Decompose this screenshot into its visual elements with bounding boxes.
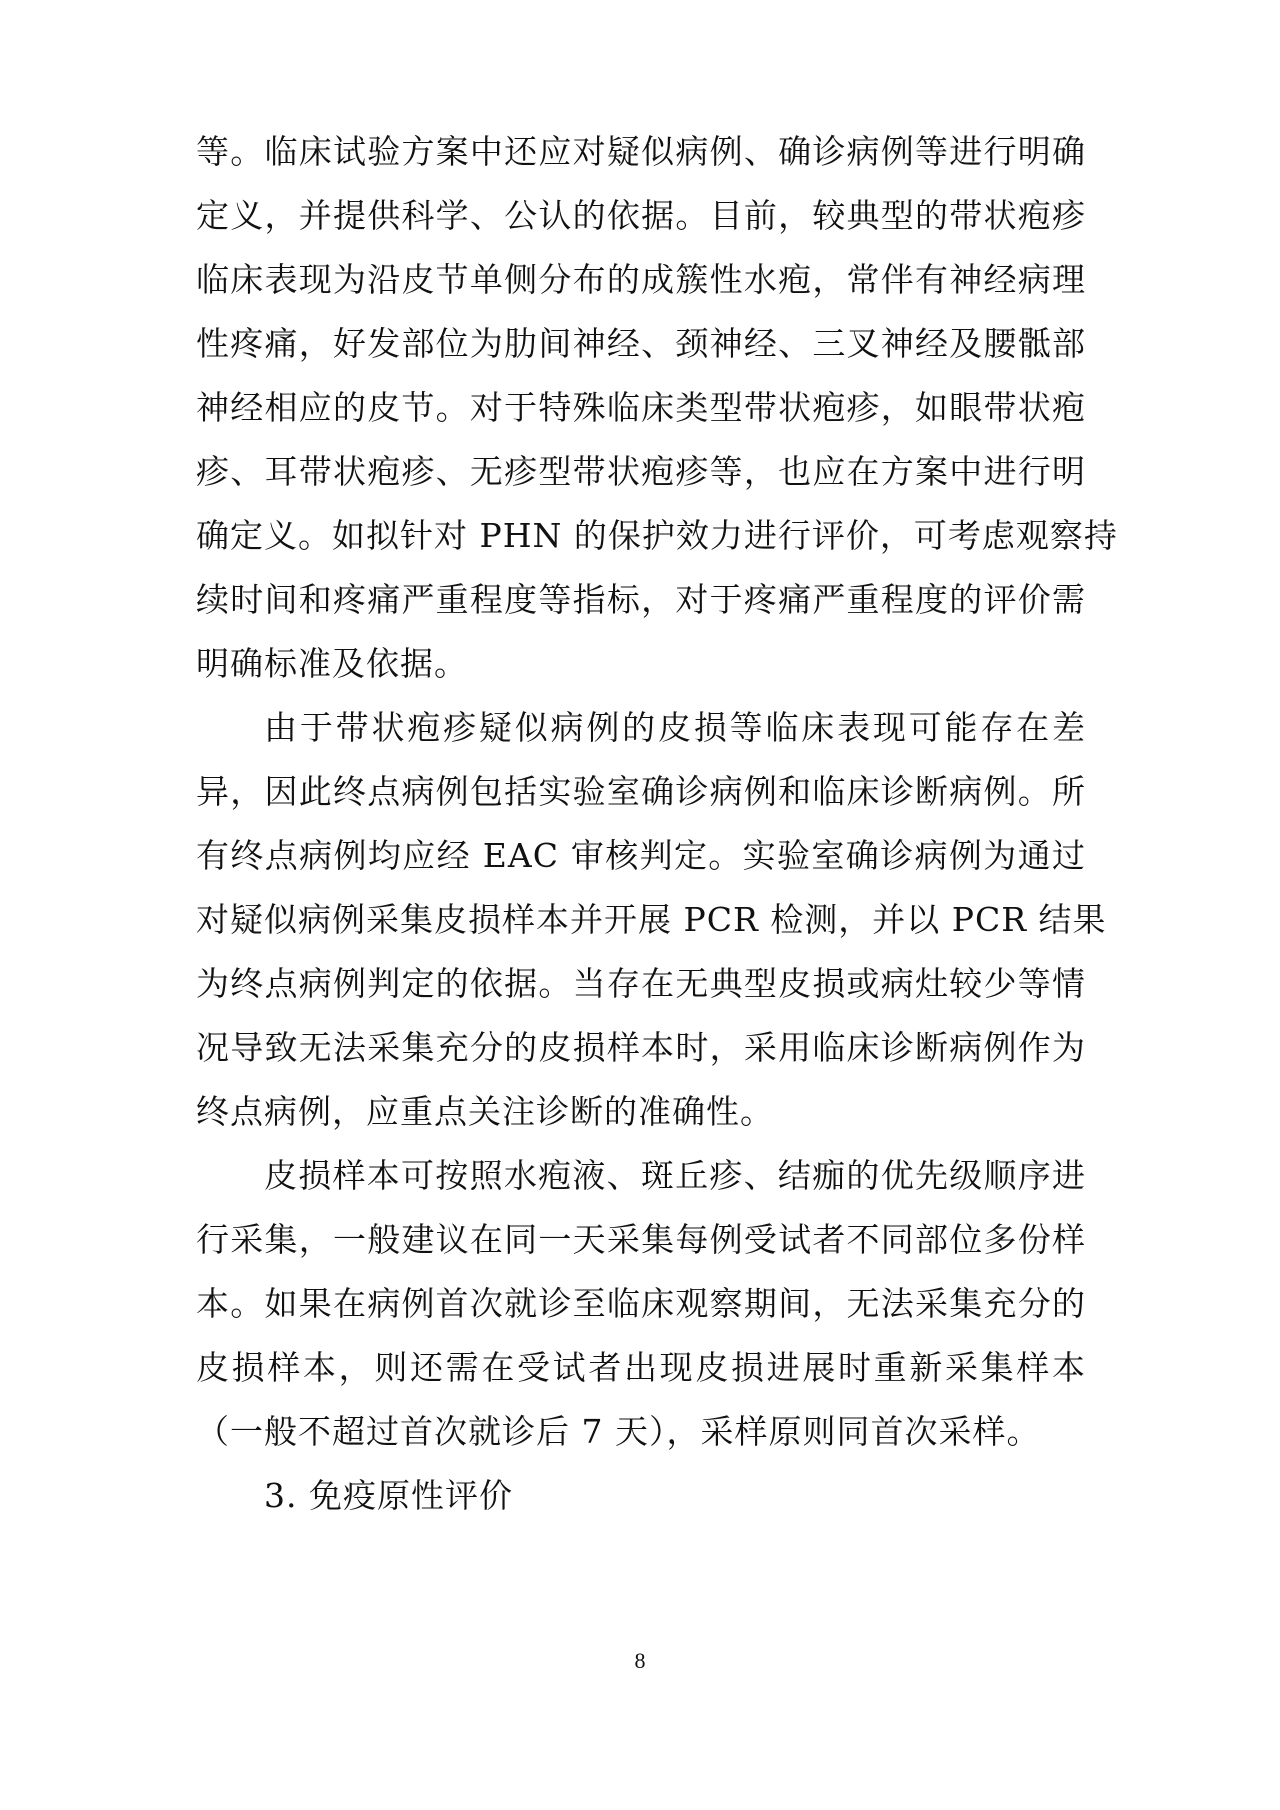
text-line: 明确标准及依据。 (196, 644, 1086, 684)
text-line: （一般不超过首次就诊后 7 天），采样原则同首次采样。 (196, 1412, 1086, 1452)
text-line: 疹、耳带状疱疹、无疹型带状疱疹等，也应在方案中进行明 (196, 452, 1086, 492)
paragraph-first-line: 由于带状疱疹疑似病例的皮损等临床表现可能存在差 (264, 708, 1086, 748)
text-line: 对疑似病例采集皮损样本并开展 PCR 检测，并以 PCR 结果 (196, 900, 1086, 940)
text-line: 性疼痛，好发部位为肋间神经、颈神经、三叉神经及腰骶部 (196, 324, 1086, 364)
page-number: 8 (0, 1648, 1280, 1674)
text-line: 续时间和疼痛严重程度等指标，对于疼痛严重程度的评价需 (196, 580, 1086, 620)
text-line: 皮损样本，则还需在受试者出现皮损进展时重新采集样本 (196, 1348, 1086, 1388)
text-line: 况导致无法采集充分的皮损样本时，采用临床诊断病例作为 (196, 1028, 1086, 1068)
text-line: 行采集，一般建议在同一天采集每例受试者不同部位多份样 (196, 1220, 1086, 1260)
text-line: 终点病例，应重点关注诊断的准确性。 (196, 1092, 1086, 1132)
text-line: 异，因此终点病例包括实验室确诊病例和临床诊断病例。所 (196, 772, 1086, 812)
section-heading: 3. 免疫原性评价 (264, 1476, 1086, 1516)
text-line: 神经相应的皮节。对于特殊临床类型带状疱疹，如眼带状疱 (196, 388, 1086, 428)
text-line: 确定义。如拟针对 PHN 的保护效力进行评价，可考虑观察持 (196, 516, 1086, 556)
text-line: 定义，并提供科学、公认的依据。目前，较典型的带状疱疹 (196, 196, 1086, 236)
text-line: 临床表现为沿皮节单侧分布的成簇性水疱，常伴有神经病理 (196, 260, 1086, 300)
text-line: 本。如果在病例首次就诊至临床观察期间，无法采集充分的 (196, 1284, 1086, 1324)
text-line: 等。临床试验方案中还应对疑似病例、确诊病例等进行明确 (196, 132, 1086, 172)
text-line: 为终点病例判定的依据。当存在无典型皮损或病灶较少等情 (196, 964, 1086, 1004)
text-line: 有终点病例均应经 EAC 审核判定。实验室确诊病例为通过 (196, 836, 1086, 876)
document-page: 等。临床试验方案中还应对疑似病例、确诊病例等进行明确 定义，并提供科学、公认的依… (0, 0, 1280, 1810)
paragraph-first-line: 皮损样本可按照水疱液、斑丘疹、结痂的优先级顺序进 (264, 1156, 1086, 1196)
